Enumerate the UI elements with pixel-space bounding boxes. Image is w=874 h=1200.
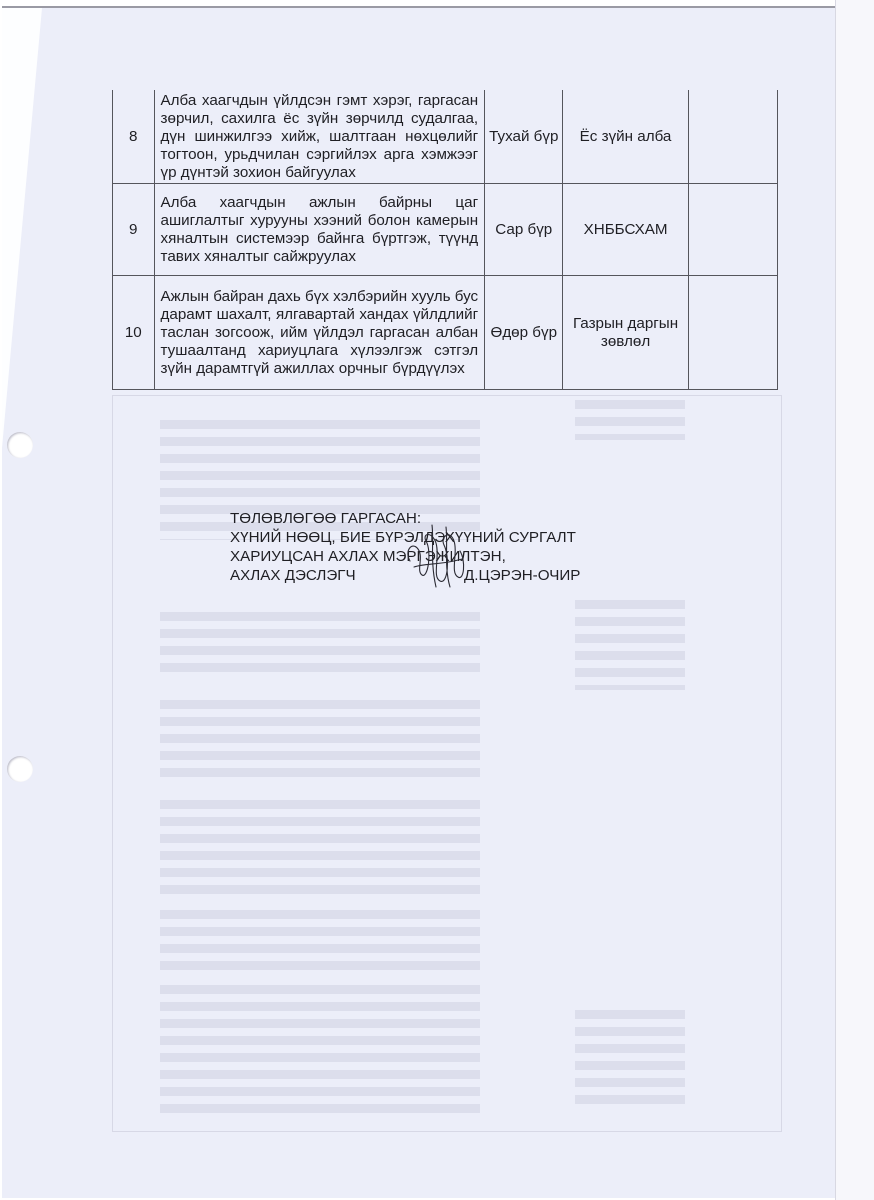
bleed-through-text <box>575 400 685 440</box>
signature-block: Төлөвлөгөө гаргасан: Хүний нөөц, бие бүр… <box>230 509 576 585</box>
note-cell <box>688 90 777 184</box>
bleed-through-text <box>160 985 480 1120</box>
responsible-cell: Газрын даргын зөвлөл <box>563 276 688 390</box>
frequency-cell: Сар бүр <box>485 184 563 276</box>
signer-name: Д.Цэрэн-Очир <box>464 566 580 585</box>
scanner-margin <box>835 0 874 1200</box>
bleed-through-text <box>160 612 480 672</box>
punch-hole <box>7 432 33 458</box>
row-number: 9 <box>113 184 155 276</box>
bleed-through-text <box>575 1010 685 1110</box>
frequency-cell: Өдөр бүр <box>485 276 563 390</box>
responsible-cell: ХНББСХАМ <box>563 184 688 276</box>
row-number: 10 <box>113 276 155 390</box>
bleed-through-text <box>160 800 480 900</box>
table-row: 10 Ажлын байран дахь бүх хэлбэрийн хууль… <box>113 276 778 390</box>
frequency-cell: Тухай бүр <box>485 90 563 184</box>
page-corner-fold <box>2 8 42 448</box>
table-row: 8 Алба хаагчдын үйлдсэн гэмт хэрэг, гарг… <box>113 90 778 184</box>
bleed-through-text <box>160 700 480 785</box>
note-cell <box>688 184 777 276</box>
row-number: 8 <box>113 90 155 184</box>
activity-cell: Ажлын байран дахь бүх хэлбэрийн хууль бу… <box>154 276 485 390</box>
handwritten-signature-icon <box>402 521 472 589</box>
note-cell <box>688 276 777 390</box>
bleed-through-text <box>160 910 480 970</box>
table-row: 9 Алба хаагчдын ажлын байрны цаг ашиглал… <box>113 184 778 276</box>
punch-hole <box>7 756 33 782</box>
responsible-cell: Ёс зүйн алба <box>563 90 688 184</box>
bleed-through-text <box>575 600 685 690</box>
activity-cell: Алба хаагчдын үйлдсэн гэмт хэрэг, гаргас… <box>154 90 485 184</box>
activity-cell: Алба хаагчдын ажлын байрны цаг ашиглалты… <box>154 184 485 276</box>
action-plan-table: 8 Алба хаагчдын үйлдсэн гэмт хэрэг, гарг… <box>112 90 778 390</box>
